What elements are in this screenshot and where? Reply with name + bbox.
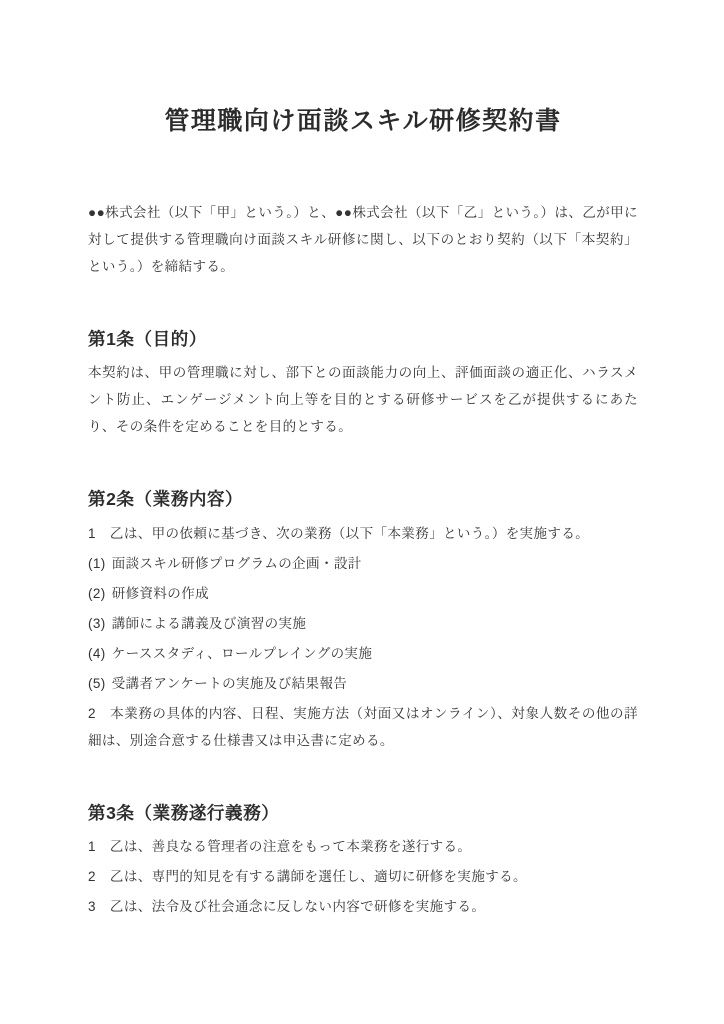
intro-paragraph: ●●株式会社（以下「甲」という。）と、●●株式会社（以下「乙」という。）は、乙が… (88, 199, 638, 280)
clause-number: 1 (88, 839, 96, 854)
contract-document-page: 管理職向け面談スキル研修契約書 ●●株式会社（以下「甲」という。）と、●●株式会… (0, 0, 724, 1024)
clause-text: 乙は、善良なる管理者の注意をもって本業務を遂行する。 (110, 839, 471, 854)
clause-item: (1)面談スキル研修プログラムの企画・設計 (88, 550, 638, 577)
clause-item: 2乙は、専門的知見を有する講師を選任し、適切に研修を実施する。 (88, 863, 638, 890)
clause-number: 2 (88, 706, 96, 721)
clause-number: (4) (88, 646, 106, 661)
article-3-heading: 第3条（業務遂行義務） (88, 801, 638, 826)
clause-text: 本業務の具体的内容、日程、実施方法（対面又はオンライン）、対象人数その他の詳細は… (88, 706, 638, 748)
clause-number: (2) (88, 586, 106, 601)
clause-item: 2本業務の具体的内容、日程、実施方法（対面又はオンライン）、対象人数その他の詳細… (88, 700, 638, 754)
clause-number: (5) (88, 676, 106, 691)
clause-item: (2)研修資料の作成 (88, 580, 638, 607)
article-1-paragraph: 本契約は、甲の管理職に対し、部下との面談能力の向上、評価面談の適正化、ハラスメン… (88, 359, 638, 440)
clause-text: 研修資料の作成 (112, 586, 209, 601)
clause-item: (5)受講者アンケートの実施及び結果報告 (88, 670, 638, 697)
clause-item: (3)講師による講義及び演習の実施 (88, 610, 638, 637)
article-2-clause-list: 1乙は、甲の依頼に基づき、次の業務（以下「本業務」という。）を実施する。 (1)… (88, 520, 638, 754)
clause-item: (4)ケーススタディ、ロールプレイングの実施 (88, 640, 638, 667)
article-2-section: 第2条（業務内容） 1乙は、甲の依頼に基づき、次の業務（以下「本業務」という。）… (88, 487, 638, 754)
clause-text: 受講者アンケートの実施及び結果報告 (112, 676, 348, 691)
clause-text: 乙は、専門的知見を有する講師を選任し、適切に研修を実施する。 (110, 869, 527, 884)
clause-text: 乙は、法令及び社会通念に反しない内容で研修を実施する。 (110, 899, 485, 914)
clause-number: (3) (88, 616, 106, 631)
article-2-heading: 第2条（業務内容） (88, 487, 638, 512)
article-1-section: 第1条（目的） 本契約は、甲の管理職に対し、部下との面談能力の向上、評価面談の適… (88, 327, 638, 441)
clause-number: (1) (88, 556, 106, 571)
clause-text: 講師による講義及び演習の実施 (112, 616, 307, 631)
clause-text: 面談スキル研修プログラムの企画・設計 (112, 556, 362, 571)
clause-number: 3 (88, 899, 96, 914)
clause-item: 1乙は、甲の依頼に基づき、次の業務（以下「本業務」という。）を実施する。 (88, 520, 638, 547)
article-3-section: 第3条（業務遂行義務） 1乙は、善良なる管理者の注意をもって本業務を遂行する。 … (88, 801, 638, 921)
document-title: 管理職向け面談スキル研修契約書 (88, 0, 638, 138)
clause-item: 1乙は、善良なる管理者の注意をもって本業務を遂行する。 (88, 833, 638, 860)
article-3-clause-list: 1乙は、善良なる管理者の注意をもって本業務を遂行する。 2乙は、専門的知見を有す… (88, 833, 638, 920)
clause-number: 2 (88, 869, 96, 884)
clause-text: 乙は、甲の依頼に基づき、次の業務（以下「本業務」という。）を実施する。 (110, 526, 589, 541)
clause-text: ケーススタディ、ロールプレイングの実施 (112, 646, 373, 661)
article-1-heading: 第1条（目的） (88, 327, 638, 352)
clause-item: 3乙は、法令及び社会通念に反しない内容で研修を実施する。 (88, 893, 638, 920)
clause-number: 1 (88, 526, 96, 541)
